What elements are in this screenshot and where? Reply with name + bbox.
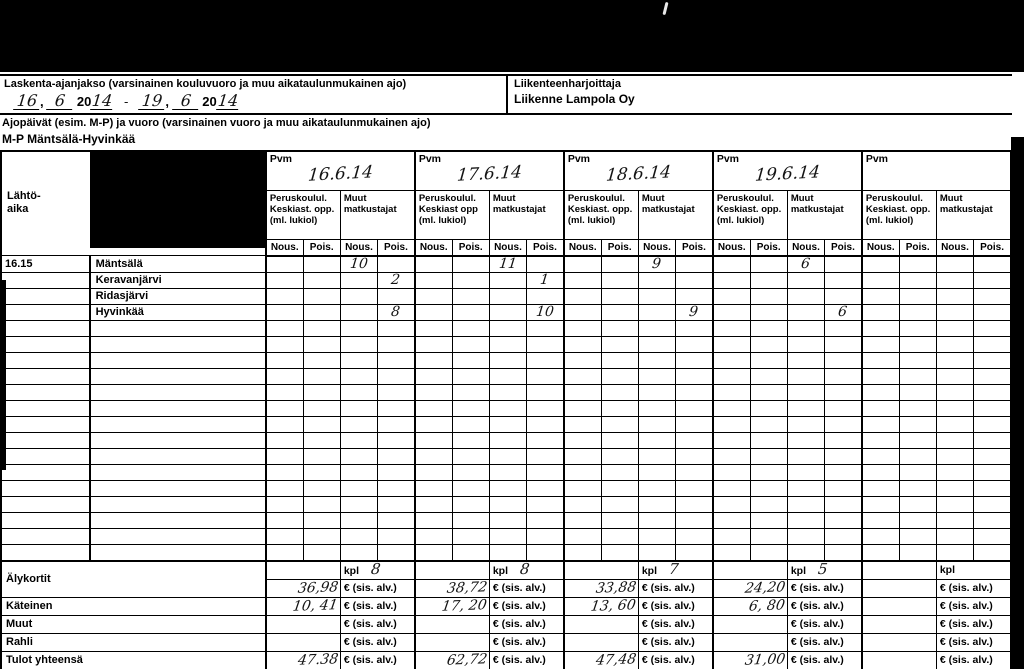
kpl-cell: kpl8 <box>340 561 415 580</box>
eur-label: € (sis. alv.) <box>787 651 862 669</box>
pvm-cell-2: Pvm17.6.14 <box>415 151 564 191</box>
eur-label: € (sis. alv.) <box>638 615 713 633</box>
from-year: 14 <box>90 93 114 110</box>
other-passengers-header: Muut matkustajat <box>638 190 713 239</box>
driving-days-box: Ajopäivät (esim. M-P) ja vuoro (varsinai… <box>0 115 1012 148</box>
operator-box: Liikenteenharjoittaja Liikenne Lampola O… <box>508 76 1012 113</box>
school-pupils-header: Peruskoulul. Keskiast. opp. (ml. lukiol) <box>564 190 639 239</box>
eur-label: € (sis. alv.) <box>787 633 862 651</box>
form-page: Laskenta-ajanjakso (varsinainen kouluvuo… <box>0 74 1012 669</box>
eur-label: € (sis. alv.) <box>638 651 713 669</box>
row-label-kateinen: Käteinen <box>1 597 266 615</box>
eur-label: € (sis. alv.) <box>787 615 862 633</box>
eur-label: € (sis. alv.) <box>638 597 713 615</box>
station-row-mantsala: 16.15 Mäntsälä 10 11 9 6 <box>1 256 1011 273</box>
eur-label: € (sis. alv.) <box>936 651 1011 669</box>
count-value: 1 <box>540 274 550 287</box>
kpl-cell: kpl <box>936 561 1011 580</box>
pvm-cell-3: Pvm18.6.14 <box>564 151 713 191</box>
operator-name: Liikenne Lampola Oy <box>514 92 1006 108</box>
corner-cell: Lähtö- aika <box>1 151 266 256</box>
pvm-header-row: Lähtö- aika Pvm16.6.14 Pvm17.6.14 Pvm18.… <box>1 151 1011 191</box>
counting-period-label: Laskenta-ajanjakso (varsinainen kouluvuo… <box>4 78 502 92</box>
other-passengers-header: Muut matkustajat <box>340 190 415 239</box>
other-passengers-header: Muut matkustajat <box>787 190 862 239</box>
pvm-cell-4: Pvm19.6.14 <box>713 151 862 191</box>
count-value: 6 <box>801 258 811 271</box>
eur-value: 38,72 <box>446 581 488 594</box>
eur-label: € (sis. alv.) <box>936 615 1011 633</box>
pvm-cell-1: Pvm16.6.14 <box>266 151 415 191</box>
rahti-row: Rahli € (sis. alv.) € (sis. alv.) € (sis… <box>1 633 1011 651</box>
to-day: 19 <box>139 93 167 110</box>
counting-period-box: Laskenta-ajanjakso (varsinainen kouluvuo… <box>0 76 508 113</box>
other-passengers-header: Muut matkustajat <box>936 190 1011 239</box>
count-value: 10 <box>535 306 554 319</box>
eur-label: € (sis. alv.) <box>787 579 862 597</box>
station-name: Mäntsälä <box>90 256 266 273</box>
eur-label: € (sis. alv.) <box>489 633 564 651</box>
eur-label: € (sis. alv.) <box>638 633 713 651</box>
eur-label: € (sis. alv.) <box>489 615 564 633</box>
school-pupils-header: Peruskoulul. Keskiast. opp. (ml. lukiol) <box>862 190 937 239</box>
count-value: 9 <box>652 258 662 271</box>
operator-label: Liikenteenharjoittaja <box>514 78 1006 92</box>
eur-value: 13, 60 <box>590 599 636 613</box>
station-row-keravanjarvi: Keravanjärvi 2 1 <box>1 272 1011 288</box>
from-day: 16 <box>13 93 41 110</box>
count-value: 2 <box>391 274 401 287</box>
station-row-hyvinkaa: Hyvinkää 8 10 9 6 <box>1 304 1011 320</box>
eur-value: 47.38 <box>297 653 339 666</box>
count-value: 6 <box>838 306 848 319</box>
to-month: 6 <box>172 93 200 110</box>
eur-label: € (sis. alv.) <box>489 579 564 597</box>
departure-time-label: Lähtö- aika <box>7 190 41 216</box>
school-pupils-header: Peruskoulul. Keskiast. opp. (ml. lukiol) <box>713 190 788 239</box>
eur-label: € (sis. alv.) <box>638 579 713 597</box>
kpl-cell: kpl5 <box>787 561 862 580</box>
eur-label: € (sis. alv.) <box>936 597 1011 615</box>
other-passengers-header: Muut matkustajat <box>489 190 564 239</box>
eur-value: 36,98 <box>297 581 339 594</box>
kpl-value: 5 <box>817 563 828 575</box>
eur-value: 24,20 <box>744 581 786 594</box>
period-separator: - <box>123 95 129 110</box>
eur-label: € (sis. alv.) <box>489 597 564 615</box>
school-pupils-header: Peruskoulul. Keskiast. opp. (ml. lukiol) <box>266 190 341 239</box>
row-label-alykortit: Älykortit <box>1 561 266 598</box>
driving-days-label: Ajopäivät (esim. M-P) ja vuoro (varsinai… <box>2 117 1008 131</box>
kpl-value: 7 <box>668 563 679 575</box>
count-value: 11 <box>498 258 517 271</box>
passenger-count-table: Lähtö- aika Pvm16.6.14 Pvm17.6.14 Pvm18.… <box>0 150 1012 669</box>
station-row-ridasjarvi: Ridasjärvi <box>1 288 1011 304</box>
route-value: M-P Mäntsälä-Hyvinkää <box>2 131 1008 148</box>
count-value: 8 <box>391 306 401 319</box>
kpl-row: Älykortit kpl8 kpl8 kpl7 kpl5 kpl <box>1 561 1011 580</box>
eur-value: 47,48 <box>595 653 637 666</box>
eur-label: € (sis. alv.) <box>936 633 1011 651</box>
from-month: 6 <box>46 93 74 110</box>
eur-value: 33,88 <box>595 581 637 594</box>
eur-value: 31,00 <box>744 653 786 666</box>
kpl-cell: kpl7 <box>638 561 713 580</box>
row-label-tulot: Tulot yhteensä <box>1 651 266 669</box>
to-year: 14 <box>216 93 240 110</box>
eur-label: € (sis. alv.) <box>340 597 415 615</box>
count-value: 9 <box>689 306 699 319</box>
eur-label: € (sis. alv.) <box>936 579 1011 597</box>
muut-row: Muut € (sis. alv.) € (sis. alv.) € (sis.… <box>1 615 1011 633</box>
counting-period-value: 16, 6 2014 - 19, 6 2014 <box>4 92 502 112</box>
eur-label: € (sis. alv.) <box>787 597 862 615</box>
row-label-rahti: Rahli <box>1 633 266 651</box>
station-name: Keravanjärvi <box>90 272 266 288</box>
eur-value: 6, 80 <box>748 599 786 612</box>
row-label-muut: Muut <box>1 615 266 633</box>
tulot-yhteensa-row: Tulot yhteensä 47.38€ (sis. alv.) 62,72€… <box>1 651 1011 669</box>
eur-value: 10, 41 <box>292 599 338 613</box>
century-printed: 20 <box>77 94 91 109</box>
pvm-cell-5: Pvm <box>862 151 1011 191</box>
kpl-cell: kpl8 <box>489 561 564 580</box>
eur-value: 62,72 <box>446 653 488 666</box>
scan-right-strip <box>1011 137 1024 669</box>
kpl-value: 8 <box>519 563 530 575</box>
school-pupils-header: Peruskoulul. Keskiast opp (ml. lukiol) <box>415 190 490 239</box>
eur-value: 17, 20 <box>441 599 487 613</box>
redaction-block <box>90 152 265 249</box>
eur-label: € (sis. alv.) <box>340 579 415 597</box>
departure-time-value: 16.15 <box>1 256 90 273</box>
count-value: 10 <box>349 258 368 271</box>
kateinen-row: Käteinen 10, 41€ (sis. alv.) 17, 20€ (si… <box>1 597 1011 615</box>
eur-label: € (sis. alv.) <box>340 615 415 633</box>
scan-black-band <box>0 0 1024 72</box>
eur-label: € (sis. alv.) <box>340 633 415 651</box>
station-name: Ridasjärvi <box>90 288 266 304</box>
station-name: Hyvinkää <box>90 304 266 320</box>
eur-label: € (sis. alv.) <box>489 651 564 669</box>
form-header: Laskenta-ajanjakso (varsinainen kouluvuo… <box>0 74 1012 115</box>
century-printed-2: 20 <box>202 94 216 109</box>
eur-label: € (sis. alv.) <box>340 651 415 669</box>
kpl-value: 8 <box>370 563 381 575</box>
